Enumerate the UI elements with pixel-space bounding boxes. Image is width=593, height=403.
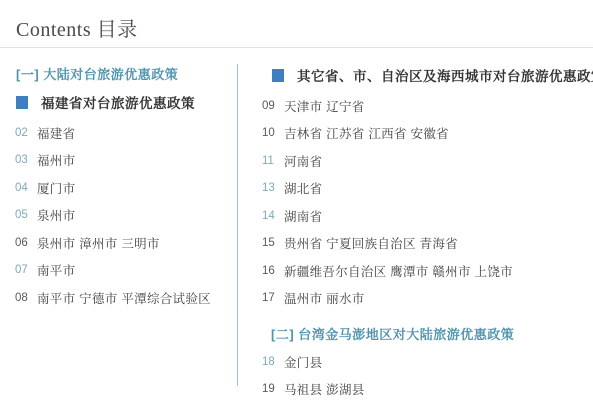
toc-item-number: 08	[15, 292, 32, 304]
toc-item-label: 湖北省	[284, 179, 322, 197]
toc-item: 15 贵州省 宁夏回族自治区 青海省	[262, 230, 587, 258]
title-rule	[0, 47, 593, 48]
page-title: Contents 目录	[16, 13, 138, 42]
toc-item-number: 14	[262, 210, 279, 222]
toc-item-number: 09	[262, 100, 279, 112]
toc-item: 07 南平市	[15, 257, 230, 285]
toc-item: 05 泉州市	[15, 202, 230, 230]
toc-item-number: 04	[15, 182, 32, 194]
toc-item-label: 金门县	[284, 353, 322, 371]
toc-item-number: 10	[262, 127, 279, 139]
toc-item: 08 南平市 宁德市 平潭综合试验区	[15, 284, 230, 312]
toc-item-number: 06	[15, 237, 32, 249]
column-divider	[237, 64, 238, 386]
section-bullet-icon	[16, 96, 28, 109]
toc-item-number: 02	[15, 127, 32, 139]
section-header-label: 其它省、市、自治区及海西城市对台旅游优惠政策	[297, 65, 593, 85]
toc-item-label: 泉州市 漳州市 三明市	[37, 234, 160, 252]
toc-item: 10 吉林省 江苏省 江西省 安徽省	[262, 120, 587, 148]
contents-page: Contents 目录 [一] 大陆对台旅游优惠政策 福建省对台旅游优惠政策 0…	[0, 0, 593, 403]
toc-item-label: 吉林省 江苏省 江西省 安徽省	[284, 124, 449, 142]
toc-item-label: 马祖县 澎湖县	[284, 380, 365, 398]
toc-item: 14 湖南省	[262, 202, 587, 230]
toc-item-label: 福州市	[37, 151, 75, 169]
right-toc-list: 09 天津市 辽宁省 10 吉林省 江苏省 江西省 安徽省 11 河南省 13 …	[262, 92, 587, 312]
toc-item: 09 天津市 辽宁省	[262, 92, 587, 120]
toc-item: 04 厦门市	[15, 174, 230, 202]
toc-item-label: 湖南省	[284, 207, 322, 225]
toc-item: 03 福州市	[15, 147, 230, 175]
section-bullet-icon	[272, 69, 284, 82]
toc-item: 11 河南省	[262, 147, 587, 175]
toc-item: 19 马祖县 澎湖县	[262, 376, 587, 403]
toc-item-label: 泉州市	[37, 206, 75, 224]
taiwan-toc-list: 18 金门县 19 马祖县 澎湖县	[262, 348, 587, 403]
left-toc-list: 02 福建省 03 福州市 04 厦门市 05 泉州市 06 泉州市 漳州市 三…	[15, 119, 230, 312]
toc-item-number: 19	[262, 383, 279, 395]
toc-item: 16 新疆维吾尔自治区 鹰潭市 赣州市 上饶市	[262, 257, 587, 285]
toc-item-number: 16	[262, 265, 279, 277]
toc-item-number: 18	[262, 356, 279, 368]
toc-item-label: 贵州省 宁夏回族自治区 青海省	[284, 234, 458, 252]
toc-item-number: 17	[262, 292, 279, 304]
left-column: [一] 大陆对台旅游优惠政策 福建省对台旅游优惠政策 02 福建省 03 福州市…	[15, 60, 230, 312]
toc-item-label: 南平市	[37, 261, 75, 279]
part-two-header: [二] 台湾金马澎地区对大陆旅游优惠政策	[271, 326, 587, 344]
toc-item-label: 温州市 丽水市	[284, 289, 365, 307]
toc-item-label: 南平市 宁德市 平潭综合试验区	[37, 289, 211, 307]
toc-item: 02 福建省	[15, 119, 230, 147]
toc-item-label: 福建省	[37, 124, 75, 142]
toc-item: 06 泉州市 漳州市 三明市	[15, 229, 230, 257]
toc-item: 18 金门县	[262, 348, 587, 376]
toc-item-number: 11	[262, 155, 279, 167]
toc-item-label: 厦门市	[37, 179, 75, 197]
toc-item-number: 15	[262, 237, 279, 249]
toc-item-number: 07	[15, 264, 32, 276]
toc-item: 13 湖北省	[262, 175, 587, 203]
toc-item-number: 03	[15, 154, 32, 166]
toc-item-number: 05	[15, 209, 32, 221]
toc-item-label: 新疆维吾尔自治区 鹰潭市 赣州市 上饶市	[284, 262, 513, 280]
fujian-section-header: 福建省对台旅游优惠政策	[16, 93, 230, 111]
other-provinces-section-header: 其它省、市、自治区及海西城市对台旅游优惠政策	[272, 66, 587, 84]
toc-item-label: 河南省	[284, 152, 322, 170]
part-one-header: [一] 大陆对台旅游优惠政策	[16, 66, 230, 84]
toc-item-label: 天津市 辽宁省	[284, 97, 365, 115]
right-column: 其它省、市、自治区及海西城市对台旅游优惠政策 09 天津市 辽宁省 10 吉林省…	[262, 60, 587, 403]
toc-item-number: 13	[262, 182, 279, 194]
section-header-label: 福建省对台旅游优惠政策	[41, 92, 195, 112]
toc-item: 17 温州市 丽水市	[262, 285, 587, 313]
